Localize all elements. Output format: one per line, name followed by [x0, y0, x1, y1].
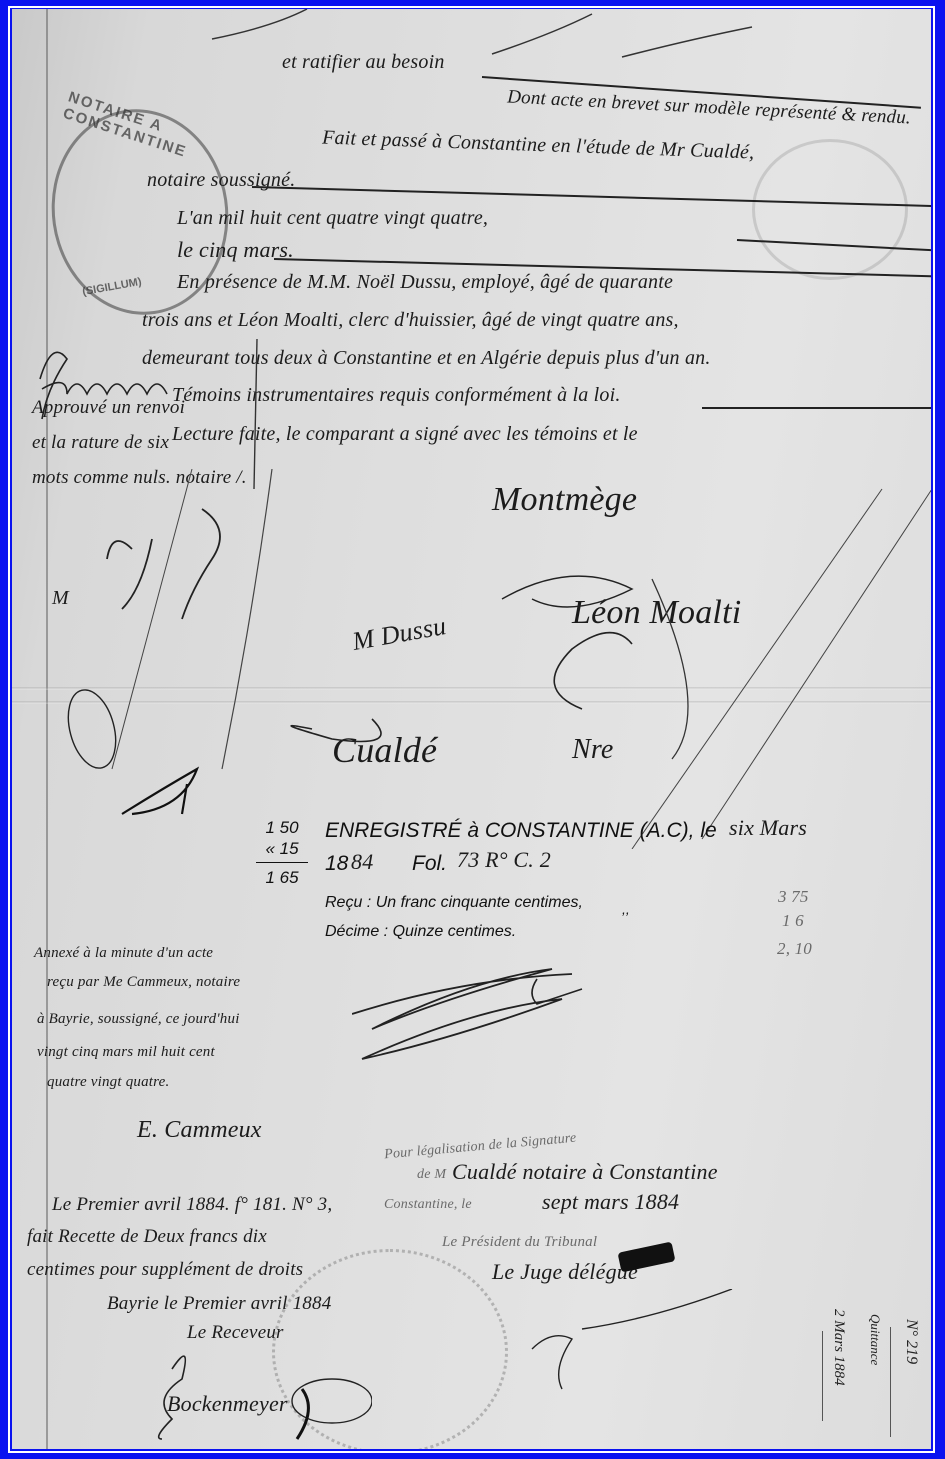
legalisation-printed: Le Président du Tribunal: [442, 1234, 597, 1251]
annex-note-line: à Bayrie, soussigné, ce jourd'hui: [37, 1011, 240, 1028]
signature-flourishes: [12, 469, 931, 849]
amount-total: 1 65: [256, 867, 308, 888]
side-calc-line: 3 75: [778, 887, 809, 907]
side-calc-line: 1 6: [782, 911, 804, 931]
document-page: NOTAIRE A CONSTANTINE (SIGILLUM) et rati…: [12, 9, 931, 1449]
margin-note-line: Approuvé un renvoi: [32, 397, 185, 419]
receipt-line: fait Recette de Deux francs dix: [27, 1226, 267, 1248]
registration-folio: 73 R° C. 2: [457, 847, 551, 873]
legalisation-printed: de M: [417, 1167, 446, 1183]
receiver-flourish: [132, 1339, 372, 1449]
registration-year-prefix: 18: [325, 852, 348, 876]
vertical-rule: [822, 1331, 823, 1421]
amount-decime: « 15: [256, 838, 308, 859]
vertical-word: Quittance: [867, 1314, 883, 1365]
signature-cammeux: E. Cammeux: [137, 1117, 262, 1144]
annex-note-line: Annexé à la minute d'un acte: [34, 945, 213, 962]
legalisation-notary: Cualdé notaire à Constantine: [452, 1159, 718, 1185]
vertical-number: N° 219: [902, 1319, 920, 1364]
registration-line: ENREGISTRÉ à CONSTANTINE (A.C), le: [325, 819, 717, 843]
body-line: L'an mil huit cent quatre vingt quatre,: [177, 207, 488, 230]
body-line: et ratifier au besoin: [282, 51, 445, 74]
registration-recu-mark: ,,: [622, 901, 630, 917]
faint-seal: [752, 139, 908, 280]
legalisation-date: sept mars 1884: [542, 1189, 679, 1215]
ink-blot: [618, 1242, 676, 1273]
annex-note-line: vingt cinq mars mil huit cent: [37, 1044, 215, 1061]
judge-signature: [512, 1289, 772, 1409]
registration-amounts: 1 50 « 15 1 65: [256, 817, 308, 888]
body-line: En présence de M.M. Noël Dussu, employé,…: [177, 271, 673, 294]
annex-flourish: [352, 959, 612, 1079]
legalisation-printed: Constantine, le: [384, 1197, 472, 1213]
annex-note-line: quatre vingt quatre.: [47, 1074, 169, 1091]
amount-rule: [256, 862, 308, 863]
registration-folio-label: Fol.: [412, 852, 447, 876]
amount-droit: 1 50: [256, 817, 308, 838]
body-line: Fait et passé à Constantine en l'étude d…: [322, 126, 755, 164]
fill-line: [702, 407, 931, 409]
vertical-date: 2 Mars 1884: [830, 1309, 847, 1386]
annex-note-line: reçu par Me Cammeux, notaire: [47, 974, 240, 991]
margin-note-line: et la rature de six: [32, 432, 169, 454]
registration-date: six Mars: [729, 815, 807, 841]
registration-recu: Reçu : Un franc cinquante centimes,: [325, 894, 583, 912]
receipt-line: Le Premier avril 1884. f° 181. N° 3,: [52, 1194, 332, 1216]
legalisation-judge: Le Juge délégué: [492, 1259, 638, 1285]
receipt-line: centimes pour supplément de droits: [27, 1259, 303, 1281]
registration-decime: Décime : Quinze centimes.: [325, 923, 516, 941]
registration-year-suffix: 84: [351, 849, 373, 875]
vertical-rule: [890, 1327, 891, 1437]
side-calc-line: 2, 10: [777, 939, 812, 959]
